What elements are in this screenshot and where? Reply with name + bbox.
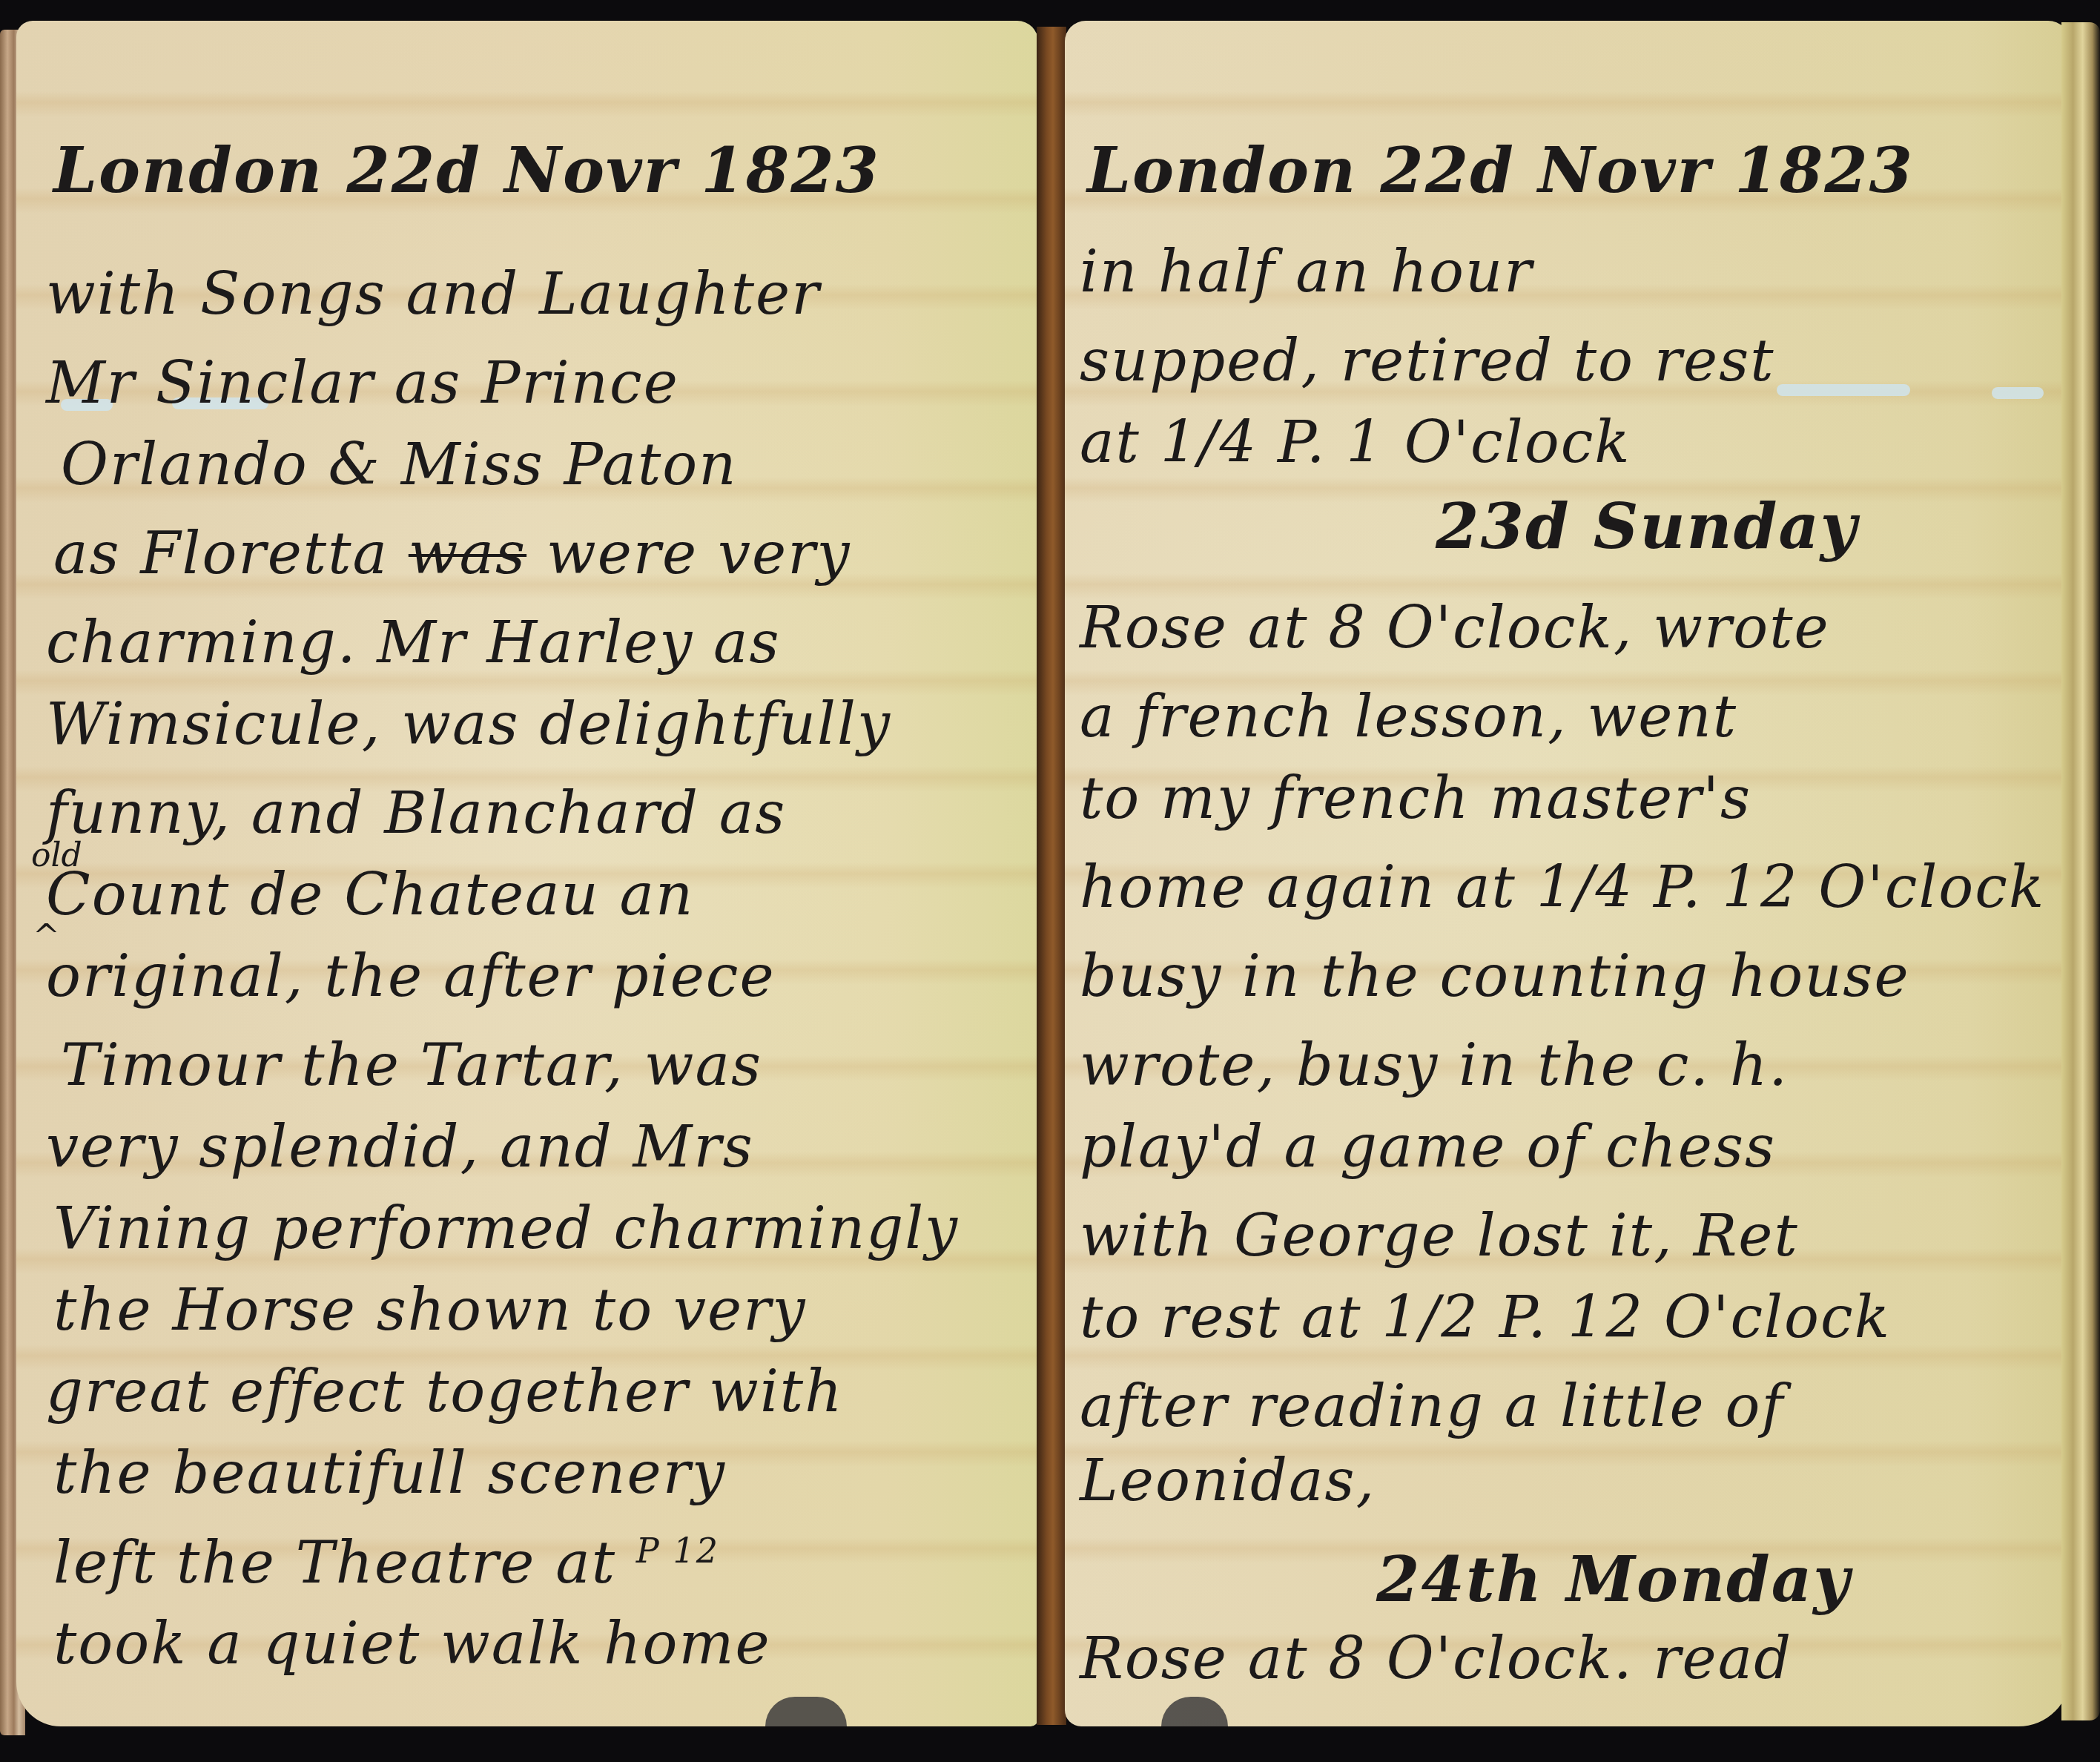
text-line: took a quiet walk home	[53, 1615, 771, 1673]
struck-through-word: was	[409, 521, 526, 587]
text-line: very splendid, and Mrs	[46, 1118, 754, 1176]
left-page-text: London 22d Novr 1823 with Songs and Laug…	[16, 21, 1038, 1726]
text-line: original, the after piece	[46, 948, 776, 1006]
text-line: after reading a little of	[1080, 1378, 1784, 1436]
text-segment: left the Theatre at	[53, 1530, 616, 1597]
right-page-text: London 22d Novr 1823 in half an hour sup…	[1065, 21, 2070, 1726]
text-line: to rest at 1/2 P. 12 O'clock	[1080, 1289, 1891, 1347]
text-line: a french lesson, went	[1080, 688, 1737, 746]
text-line: the beautifull scenery	[53, 1445, 726, 1502]
text-line: at 1/4 P. 1 O'clock	[1080, 414, 1631, 472]
time-superscript: P 12	[636, 1531, 719, 1571]
page-heading-date: London 22d Novr 1823	[1087, 139, 1914, 202]
text-line: busy in the counting house	[1080, 948, 1910, 1006]
book-gutter-spine	[1037, 27, 1066, 1725]
right-page-stack-edge	[2061, 22, 2100, 1720]
text-line: Wimsicule, was delightfully	[46, 696, 891, 753]
text-line: Rose at 8 O'clock, wrote	[1080, 599, 1830, 657]
text-line: supped, retired to rest	[1080, 332, 1775, 390]
text-line: with Songs and Laughter	[46, 265, 820, 323]
right-page: London 22d Novr 1823 in half an hour sup…	[1065, 21, 2070, 1726]
left-page: London 22d Novr 1823 with Songs and Laug…	[16, 21, 1038, 1726]
text-line: in half an hour	[1080, 243, 1533, 301]
page-heading-date: London 22d Novr 1823	[53, 139, 880, 202]
text-line: with George lost it, Ret	[1080, 1207, 1799, 1265]
text-line: as Floretta was were very	[53, 525, 851, 583]
text-line: funny, and Blanchard as	[46, 785, 786, 842]
text-line: the Horse shown to very	[53, 1281, 806, 1339]
text-line: Leonidas,	[1080, 1452, 1376, 1510]
text-segment: as Floretta	[53, 521, 389, 587]
text-line: Mr Sinclar as Prince	[46, 354, 679, 412]
text-line: Orlando & Miss Paton	[61, 436, 738, 494]
day-heading-sunday: 23d Sunday	[1436, 495, 1858, 558]
text-line: charming. Mr Harley as	[46, 614, 781, 672]
text-line: wrote, busy in the c. h.	[1080, 1037, 1789, 1095]
text-line: Rose at 8 O'clock. read	[1080, 1630, 1792, 1688]
text-line: great effect together with	[46, 1363, 843, 1421]
text-line: Vining performed charmingly	[53, 1200, 959, 1258]
text-line: Count de Chateau an	[46, 866, 694, 924]
text-line: Timour the Tartar, was	[61, 1037, 762, 1095]
text-line: play'd a game of chess	[1080, 1118, 1776, 1176]
text-segment: were very	[547, 521, 851, 587]
text-line: to my french master's	[1080, 770, 1751, 828]
text-line: home again at 1/4 P. 12 O'clock	[1080, 859, 2045, 917]
diary-spread: London 22d Novr 1823 with Songs and Laug…	[0, 0, 2100, 1762]
day-heading-monday: 24th Monday	[1376, 1548, 1851, 1611]
text-line: left the Theatre at P 12	[53, 1534, 719, 1592]
